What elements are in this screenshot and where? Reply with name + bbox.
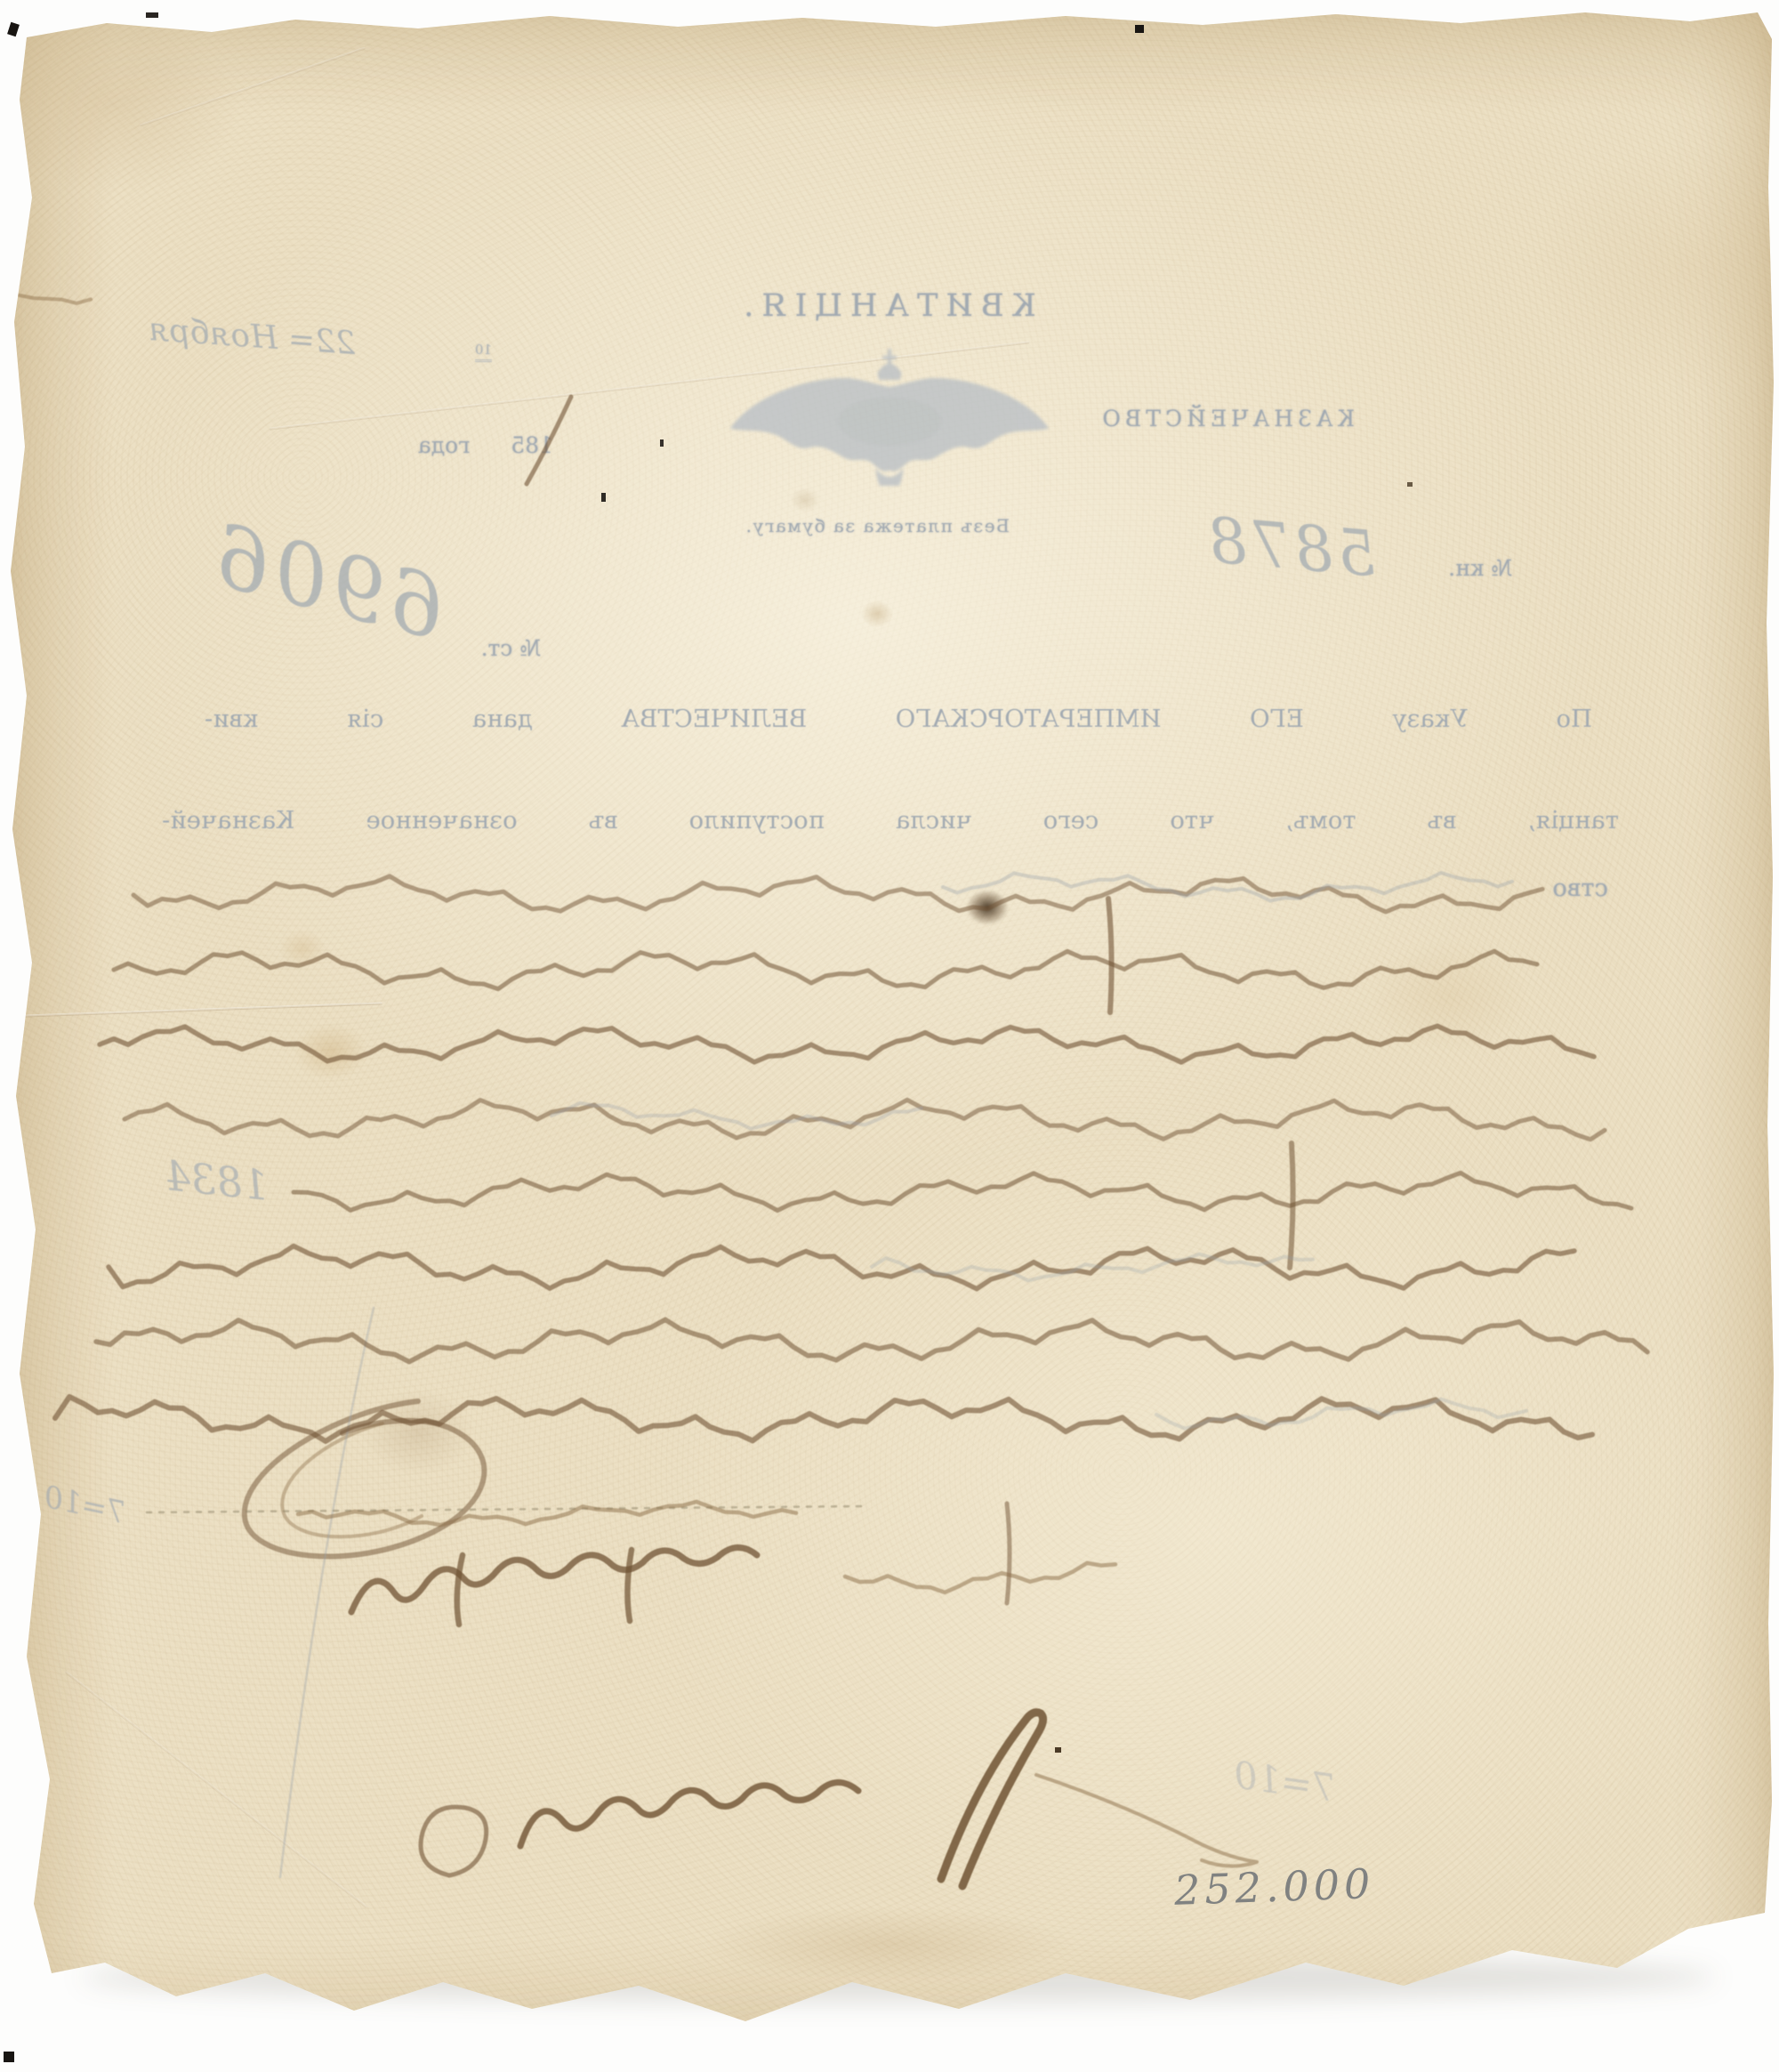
paper-speck [660,439,664,447]
handwriting-strokes [0,0,1779,2072]
handwritten-line [100,1026,1594,1062]
scan-speck [7,22,20,36]
handwritten-line [298,1502,796,1525]
scan-speck [4,2052,14,2062]
scanned-document: КВИТАНЦІЯ. КАЗНАЧЕЙСТВО 185года 10 Безъ … [0,0,1779,2072]
paper-sheet: КВИТАНЦІЯ. КАЗНАЧЕЙСТВО 185года 10 Безъ … [0,0,1779,2072]
handwritten-line [125,1100,1605,1140]
paper-speck [1407,482,1413,487]
pencil-inventory-number: 252.000 [1173,1859,1375,1915]
scan-speck [1135,25,1144,33]
handwritten-line [133,876,1542,912]
handwritten-line [96,1319,1647,1361]
paper-speck [601,493,606,502]
paper-speck [1055,1747,1061,1753]
scan-speck [146,12,158,18]
handwritten-line [55,1397,1592,1441]
handwritten-line [845,1563,1115,1592]
handwritten-line [294,1173,1631,1210]
handwritten-line [114,951,1537,988]
handwritten-line [943,873,1512,901]
handwritten-line [20,295,91,303]
handwritten-line [109,1246,1574,1289]
